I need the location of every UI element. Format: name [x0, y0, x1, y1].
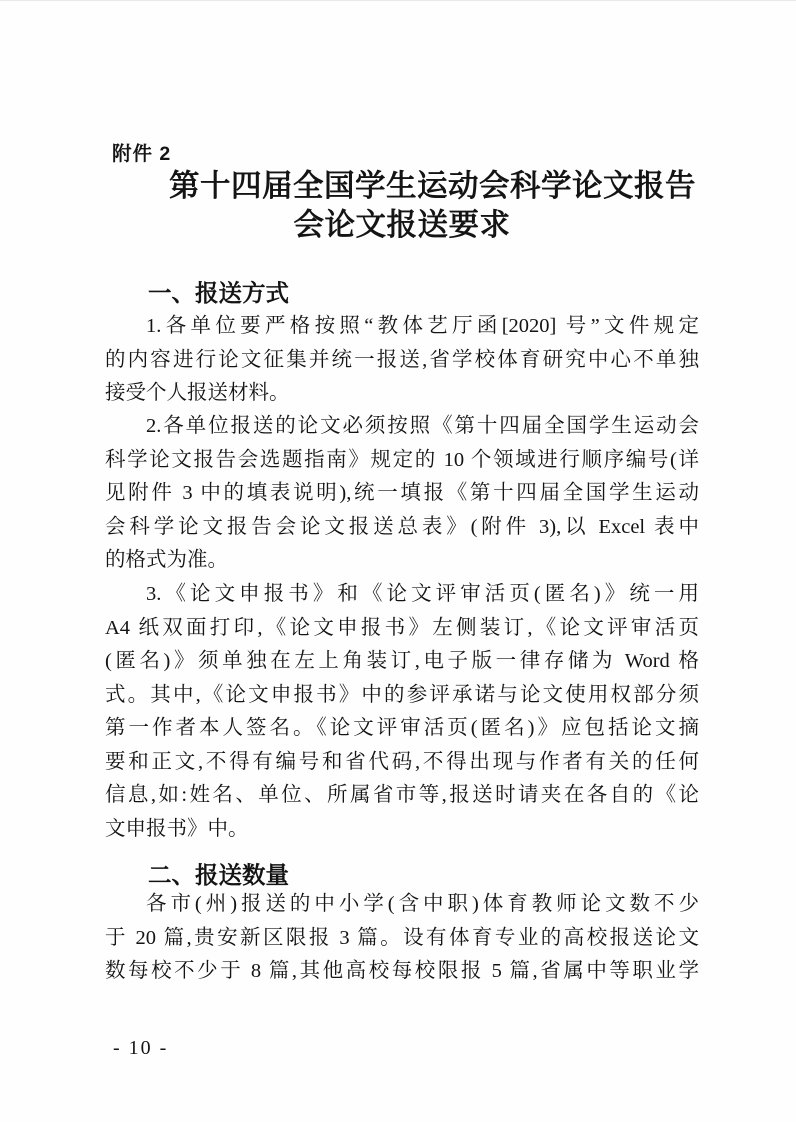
paragraph-4: 各市(州)报送的中小学(含中职)体育教师论文数不少 于 20 篇,贵安新区限报 … [105, 888, 699, 989]
text-line: 数每校不少于 8 篇,其他高校每校限报 5 篇,省属中等职业学 [105, 955, 699, 989]
text-line: 的格式为准。 [105, 544, 699, 578]
page-number: - 10 - [113, 1037, 168, 1059]
text-line: 文申报书》中。 [105, 813, 699, 847]
text-line: 会科学论文报告会论文报送总表》(附件 3),以 Excel 表中 [105, 511, 699, 545]
attachment-label: 附件 2 [112, 142, 171, 166]
paragraph-3: 3.《论文申报书》和《论文评审活页(匿名)》统一用 A4 纸双面打印,《论文申报… [105, 578, 699, 846]
text-line: 3.《论文申报书》和《论文评审活页(匿名)》统一用 [105, 578, 699, 612]
text-line: 接受个人报送材料。 [105, 377, 699, 411]
text-line: (匿名)》须单独在左上角装订,电子版一律存储为 Word 格 [105, 645, 699, 679]
paragraph-2: 2.各单位报送的论文必须按照《第十四届全国学生运动会 科学论文报告会选题指南》规… [105, 410, 699, 578]
text-line: 见附件 3 中的填表说明),统一填报《第十四届全国学生运动 [105, 477, 699, 511]
text-line: 2.各单位报送的论文必须按照《第十四届全国学生运动会 [105, 410, 699, 444]
text-line: A4 纸双面打印,《论文申报书》左侧装订,《论文评审活页 [105, 612, 699, 646]
paragraph-1: 1.各单位要严格按照“教体艺厅函[2020] 号”文件规定 的内容进行论文征集并… [105, 310, 699, 411]
text-line: 要和正文,不得有编号和省代码,不得出现与作者有关的任何 [105, 746, 699, 780]
document-page: 附件 2 第十四届全国学生运动会科学论文报告会论文报送要求 一、报送方式 1.各… [0, 0, 796, 1122]
text-line: 科学论文报告会选题指南》规定的 10 个领域进行顺序编号(详 [105, 444, 699, 478]
document-content: 附件 2 第十四届全国学生运动会科学论文报告会论文报送要求 一、报送方式 1.各… [105, 1, 699, 1122]
text-line: 各市(州)报送的中小学(含中职)体育教师论文数不少 [105, 888, 699, 922]
text-line: 式。其中,《论文申报书》中的参评承诺与论文使用权部分须 [105, 679, 699, 713]
text-line: 的内容进行论文征集并统一报送,省学校体育研究中心不单独 [105, 344, 699, 378]
text-line: 第一作者本人签名。《论文评审活页(匿名)》应包括论文摘 [105, 712, 699, 746]
text-line: 于 20 篇,贵安新区限报 3 篇。设有体育专业的高校报送论文 [105, 922, 699, 956]
text-line: 信息,如:姓名、单位、所属省市等,报送时请夹在各自的《论 [105, 779, 699, 813]
document-title: 第十四届全国学生运动会科学论文报告会论文报送要求 [105, 167, 699, 245]
section-1-heading: 一、报送方式 [105, 277, 699, 311]
text-line: 1.各单位要严格按照“教体艺厅函[2020] 号”文件规定 [105, 310, 699, 344]
